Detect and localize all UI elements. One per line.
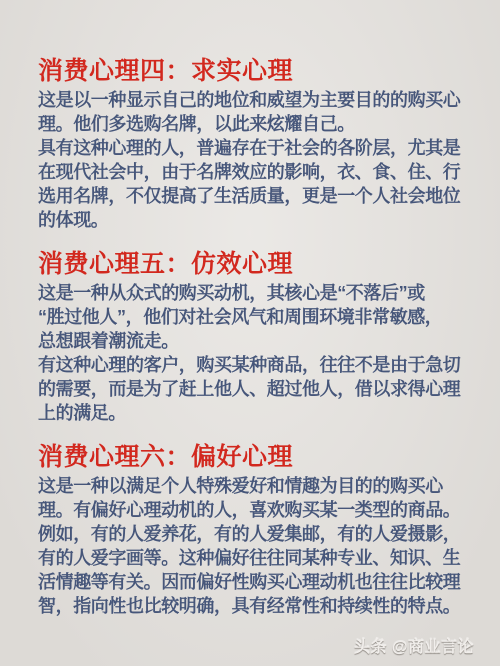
section-heading: 消费心理六：偏好心理 <box>38 441 462 474</box>
section-heading: 消费心理四：求实心理 <box>38 55 462 88</box>
section-psychology-5: 消费心理五：仿效心理 这是一种从众式的购买动机，其核心是“不落后”或 “胜过他人… <box>38 248 462 425</box>
toutiao-watermark: 头条 @商业言论 <box>354 634 474 657</box>
section-heading: 消费心理五：仿效心理 <box>38 248 462 281</box>
article-content: 消费心理四：求实心理 这是以一种显示自己的地位和威望为主要目的的购买心 理。他们… <box>38 55 462 618</box>
section-psychology-4: 消费心理四：求实心理 这是以一种显示自己的地位和威望为主要目的的购买心 理。他们… <box>38 55 462 232</box>
section-body-text: 这是以一种显示自己的地位和威望为主要目的的购买心 理。他们多选购名牌，以此来炫耀… <box>38 88 462 232</box>
section-psychology-6: 消费心理六：偏好心理 这是一种以满足个人特殊爱好和情趣为目的的购买心 理。有偏好… <box>38 441 462 618</box>
section-body-text: 这是一种从众式的购买动机，其核心是“不落后”或 “胜过他人”，他们对社会风气和周… <box>38 281 462 425</box>
section-body-text: 这是一种以满足个人特殊爱好和情趣为目的的购买心 理。有偏好心理动机的人，喜欢购买… <box>38 474 462 618</box>
infographic-page: 消费心理四：求实心理 这是以一种显示自己的地位和威望为主要目的的购买心 理。他们… <box>0 0 500 666</box>
